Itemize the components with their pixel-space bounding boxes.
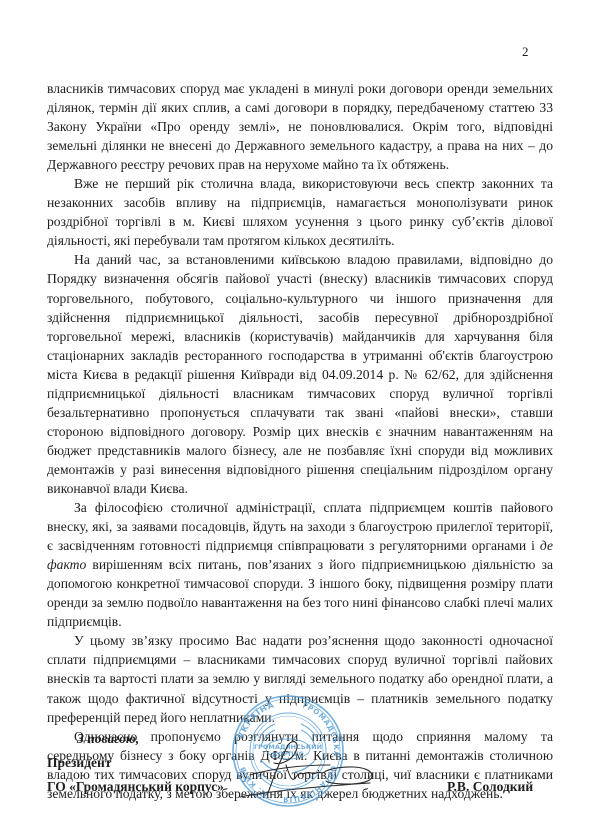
signature-icon (230, 735, 380, 800)
page-number: 2 (522, 44, 529, 60)
paragraph-4: За філософією столичної адміністрації, с… (47, 498, 553, 631)
paragraph-2: Вже не перший рік столична влада, викори… (47, 174, 553, 250)
paragraph-4-part-1: За філософією столичної адміністрації, с… (47, 500, 553, 553)
signer-name: Р.В. Солодкий (447, 779, 533, 795)
closing-salutation: З повагою, (77, 731, 139, 747)
paragraph-1: власників тимчасових споруд має укладені… (47, 79, 553, 174)
signer-title: Президент (47, 755, 111, 771)
paragraph-4-part-2: вирішенням всіх питань, пов’язаних з йог… (47, 557, 553, 629)
paragraph-3: На даний час, за встановленими київською… (47, 250, 553, 498)
handwritten-signature (230, 735, 380, 800)
organization-name: ГО «Громадянський корпус» (47, 779, 224, 795)
